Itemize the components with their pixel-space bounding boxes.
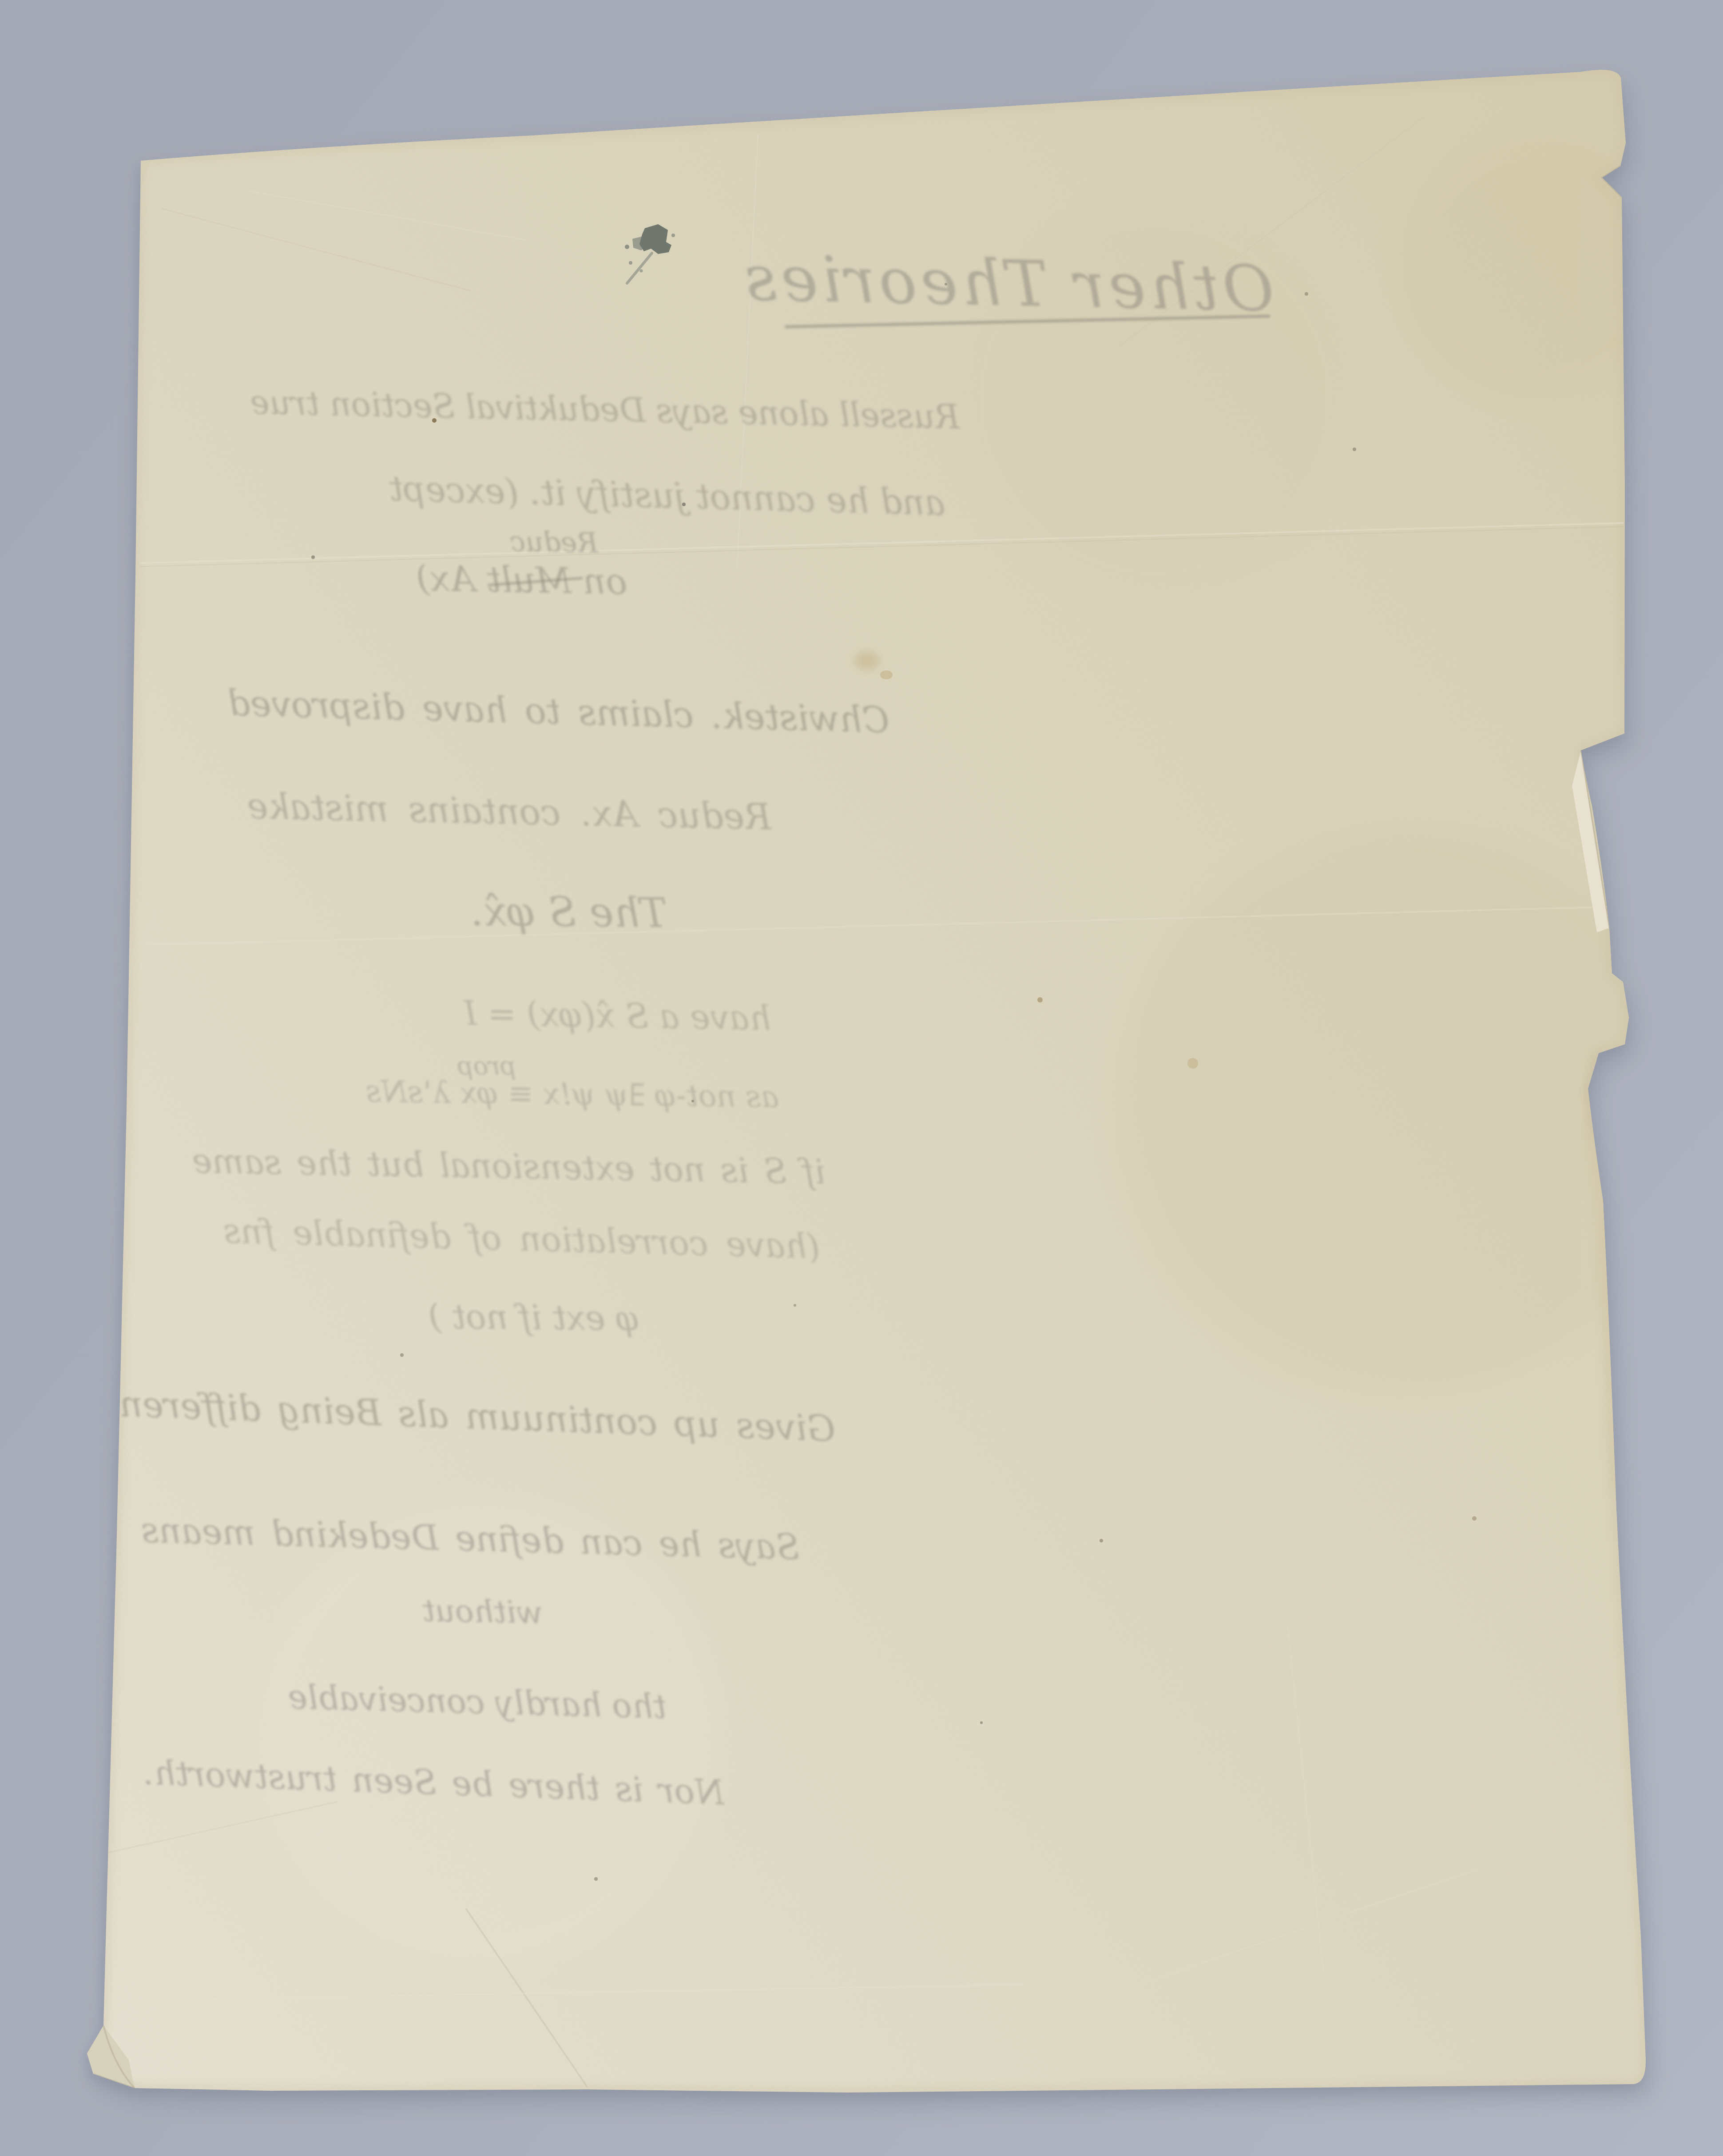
paper-grain-texture [0, 0, 1723, 2156]
manuscript-photo-canvas: Other TheoriesRussell alone says Dedukti… [0, 0, 1723, 2156]
photograph-of-manuscript-leaf: Other TheoriesRussell alone says Dedukti… [0, 0, 1723, 2156]
